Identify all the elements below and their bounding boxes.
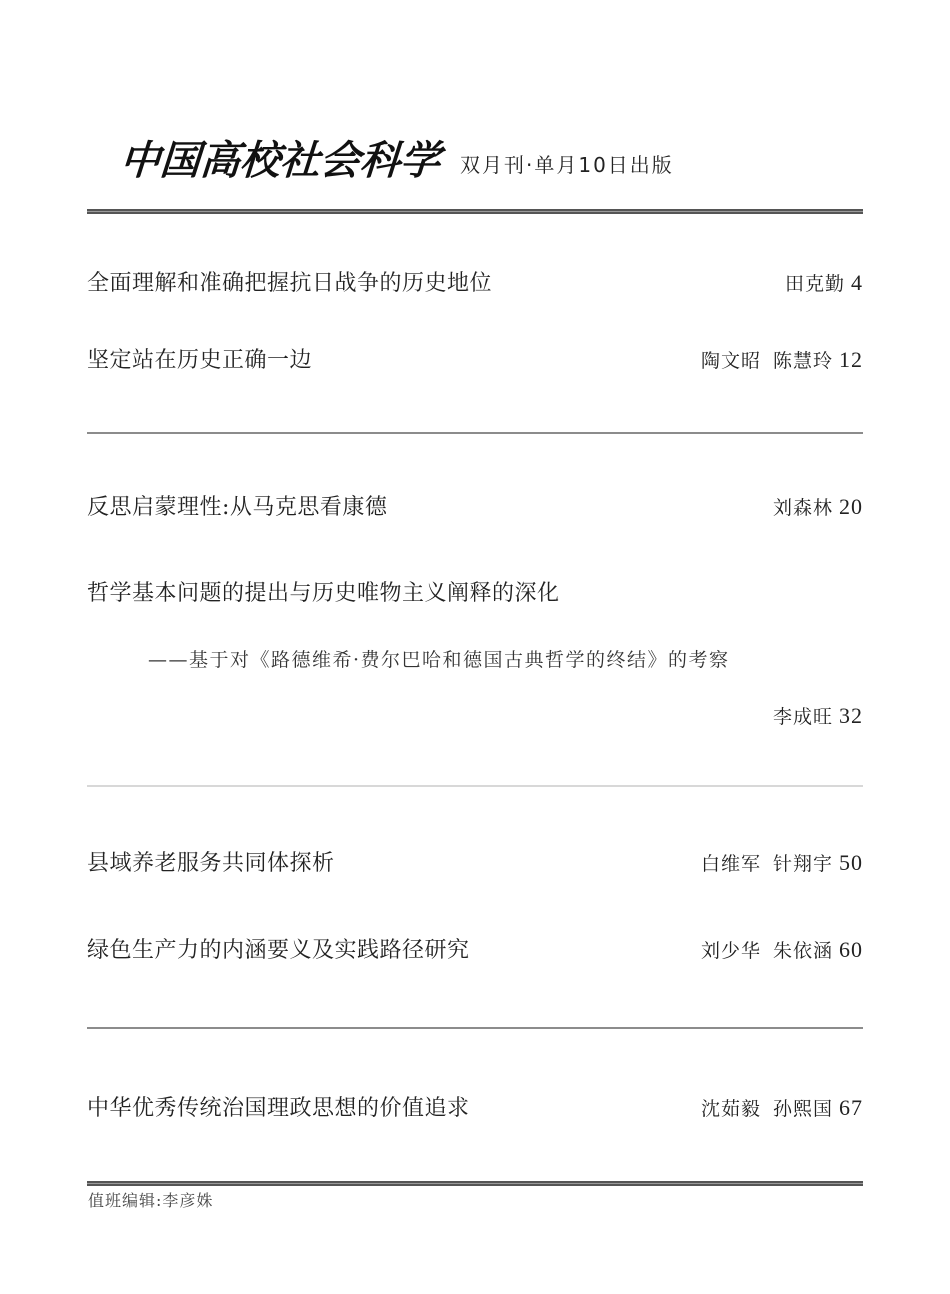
bottom-double-rule: [87, 1181, 863, 1186]
journal-contents-page: 中国高校社会科学 双月刊·单月10日出版 全面理解和准确把握抗日战争的历史地位 …: [0, 0, 950, 1294]
article-authors-line: 李成旺 32: [87, 702, 863, 729]
toc-entry[interactable]: 绿色生产力的内涵要义及实践路径研究 刘少华 朱依涵 60: [87, 935, 863, 966]
toc-entry[interactable]: 坚定站在历史正确一边 陶文昭 陈慧玲 12: [87, 345, 863, 376]
article-authors: 陶文昭 陈慧玲 12: [701, 345, 863, 376]
author-name: 白维军: [701, 849, 761, 879]
section-divider: [87, 785, 863, 787]
page-number: 32: [839, 703, 863, 729]
author-name: 沈茹毅: [701, 1094, 761, 1124]
article-title[interactable]: 县域养老服务共同体探析: [87, 849, 335, 879]
article-authors: 田克勤 4: [785, 268, 863, 299]
article-title[interactable]: 中华优秀传统治国理政思想的价值追求: [87, 1094, 470, 1124]
author-name: 刘森林: [773, 493, 833, 523]
author-name: 针翔宇: [773, 849, 833, 879]
author-name: 刘少华: [701, 936, 761, 966]
article-subtitle: ——基于对《路德维希·费尔巴哈和德国古典哲学的终结》的考察: [148, 646, 848, 674]
author-name: 朱依涵: [773, 936, 833, 966]
author-name: 李成旺: [773, 702, 833, 729]
toc-entry[interactable]: 全面理解和准确把握抗日战争的历史地位 田克勤 4: [87, 268, 863, 299]
page-number: 50: [839, 848, 863, 878]
page-number: 12: [839, 345, 863, 375]
article-title[interactable]: 绿色生产力的内涵要义及实践路径研究: [87, 936, 470, 966]
article-title[interactable]: 哲学基本问题的提出与历史唯物主义阐释的深化: [87, 579, 560, 609]
article-authors: 白维军 针翔宇 50: [701, 848, 863, 879]
toc-entry[interactable]: 反思启蒙理性:从马克思看康德 刘森林 20: [87, 492, 863, 523]
article-authors: 刘少华 朱依涵 60: [701, 935, 863, 966]
page-number: 60: [839, 935, 863, 965]
toc-entry[interactable]: 中华优秀传统治国理政思想的价值追求 沈茹毅 孙熙国 67: [87, 1093, 863, 1124]
section-divider: [87, 432, 863, 434]
article-title[interactable]: 全面理解和准确把握抗日战争的历史地位: [87, 269, 492, 299]
publication-frequency: 双月刊·单月10日出版: [460, 149, 674, 178]
page-number: 20: [839, 492, 863, 522]
journal-title: 中国高校社会科学: [118, 138, 441, 184]
page-number: 67: [839, 1093, 863, 1123]
page-number: 4: [851, 268, 863, 298]
article-title[interactable]: 坚定站在历史正确一边: [87, 346, 312, 376]
author-name: 孙熙国: [773, 1094, 833, 1124]
article-title[interactable]: 反思启蒙理性:从马克思看康德: [87, 493, 387, 523]
article-authors: 刘森林 20: [773, 492, 863, 523]
section-divider: [87, 1027, 863, 1029]
author-name: 陈慧玲: [773, 346, 833, 376]
toc-entry[interactable]: 县域养老服务共同体探析 白维军 针翔宇 50: [87, 848, 863, 879]
editor-name: 李彦姝: [162, 1188, 213, 1211]
author-name: 田克勤: [785, 269, 845, 299]
top-double-rule: [87, 209, 863, 214]
author-name: 陶文昭: [701, 346, 761, 376]
duty-editor: 值班编辑: 李彦姝: [88, 1188, 213, 1211]
toc-entry[interactable]: 哲学基本问题的提出与历史唯物主义阐释的深化: [87, 579, 863, 609]
article-authors: 沈茹毅 孙熙国 67: [701, 1093, 863, 1124]
article-authors: 李成旺 32: [773, 702, 863, 729]
masthead: 中国高校社会科学 双月刊·单月10日出版: [120, 138, 674, 184]
editor-label: 值班编辑:: [88, 1188, 162, 1211]
